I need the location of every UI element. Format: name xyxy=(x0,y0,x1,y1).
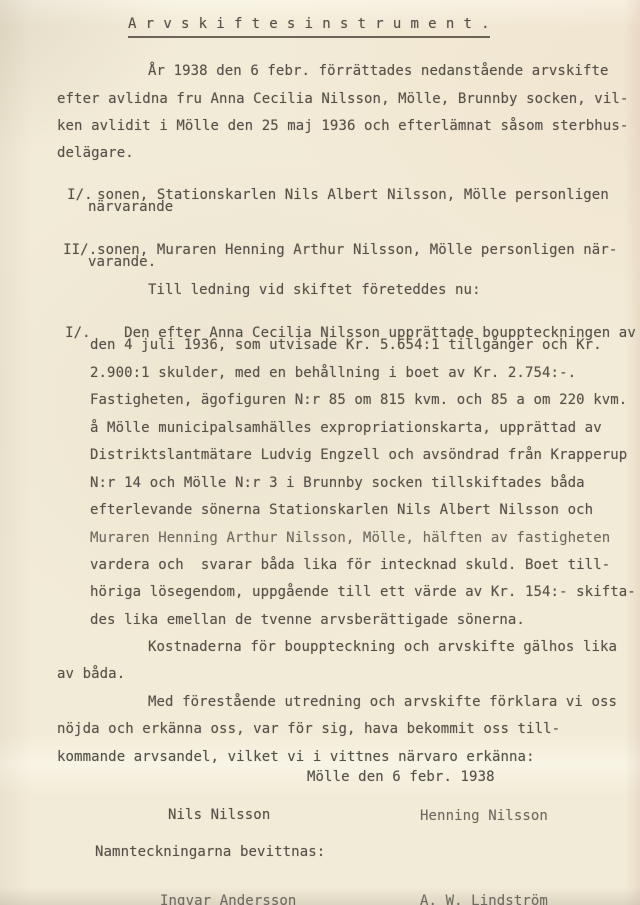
item-line: efterlevande sönerna Stationskarlen Nils… xyxy=(90,503,593,518)
document-title: A r v s k i f t e s i n s t r u m e n t … xyxy=(128,17,490,38)
item-line: Fastigheten, ägofiguren N:r 85 om 815 kv… xyxy=(90,393,627,408)
signature-name: Nils Nilsson xyxy=(168,808,270,823)
item-line: höriga lösegendom, uppgående till ett vä… xyxy=(90,585,636,600)
item-line: å Mölle municipalsamhälles expropriation… xyxy=(90,421,602,436)
item-line: den 4 juli 1936, som utvisade Kr. 5.654:… xyxy=(90,338,602,353)
item-line: 2.900:1 skulder, med en behållning i boe… xyxy=(90,366,576,381)
date-line: Mölle den 6 febr. 1938 xyxy=(307,770,495,785)
item-line: vardera och svarar båda lika för inteckn… xyxy=(90,558,610,573)
item-line: Muraren Henning Arthur Nilsson, Mölle, h… xyxy=(90,531,610,546)
heir-text: närvarande xyxy=(88,200,173,215)
costs-line: av båda. xyxy=(57,667,125,682)
intro-line: efter avlidna fru Anna Cecilia Nilsson, … xyxy=(57,92,628,107)
section-heading: Till ledning vid skiftet företeddes nu: xyxy=(148,283,481,298)
costs-line: Kostnaderna för bouppteckning och arvski… xyxy=(148,640,617,655)
heir-text: varande. xyxy=(88,255,156,270)
item-line: N:r 14 och Mölle N:r 3 i Brunnby socken … xyxy=(90,476,585,491)
intro-line: delägare. xyxy=(57,146,134,161)
witness-name: A. W. Lindström xyxy=(420,894,548,905)
witness-name: Ingvar Andersson xyxy=(160,894,296,905)
heir-text: sonen, Stationskarlen Nils Albert Nilsso… xyxy=(97,187,609,203)
declaration-line: Med förestående utredning och arvskifte … xyxy=(148,695,617,710)
signature-name: Henning Nilsson xyxy=(420,809,548,824)
declaration-line: nöjda och erkänna oss, var för sig, hava… xyxy=(57,722,560,737)
document-page: A r v s k i f t e s i n s t r u m e n t … xyxy=(0,0,640,905)
witness-heading: Namnteckningarna bevittnas: xyxy=(95,845,325,860)
heir-text: sonen, Muraren Henning Arthur Nilsson, M… xyxy=(97,242,617,258)
item-line: Distriktslantmätare Ludvig Engzell och a… xyxy=(90,448,627,463)
declaration-line: kommande arvsandel, vilket vi i vittnes … xyxy=(57,750,535,765)
item-line: des lika emellan de tvenne arvsberättiga… xyxy=(90,613,525,628)
intro-line: ken avlidit i Mölle den 25 maj 1936 och … xyxy=(57,119,628,134)
intro-line: År 1938 den 6 febr. förrättades nedanstå… xyxy=(148,64,609,79)
